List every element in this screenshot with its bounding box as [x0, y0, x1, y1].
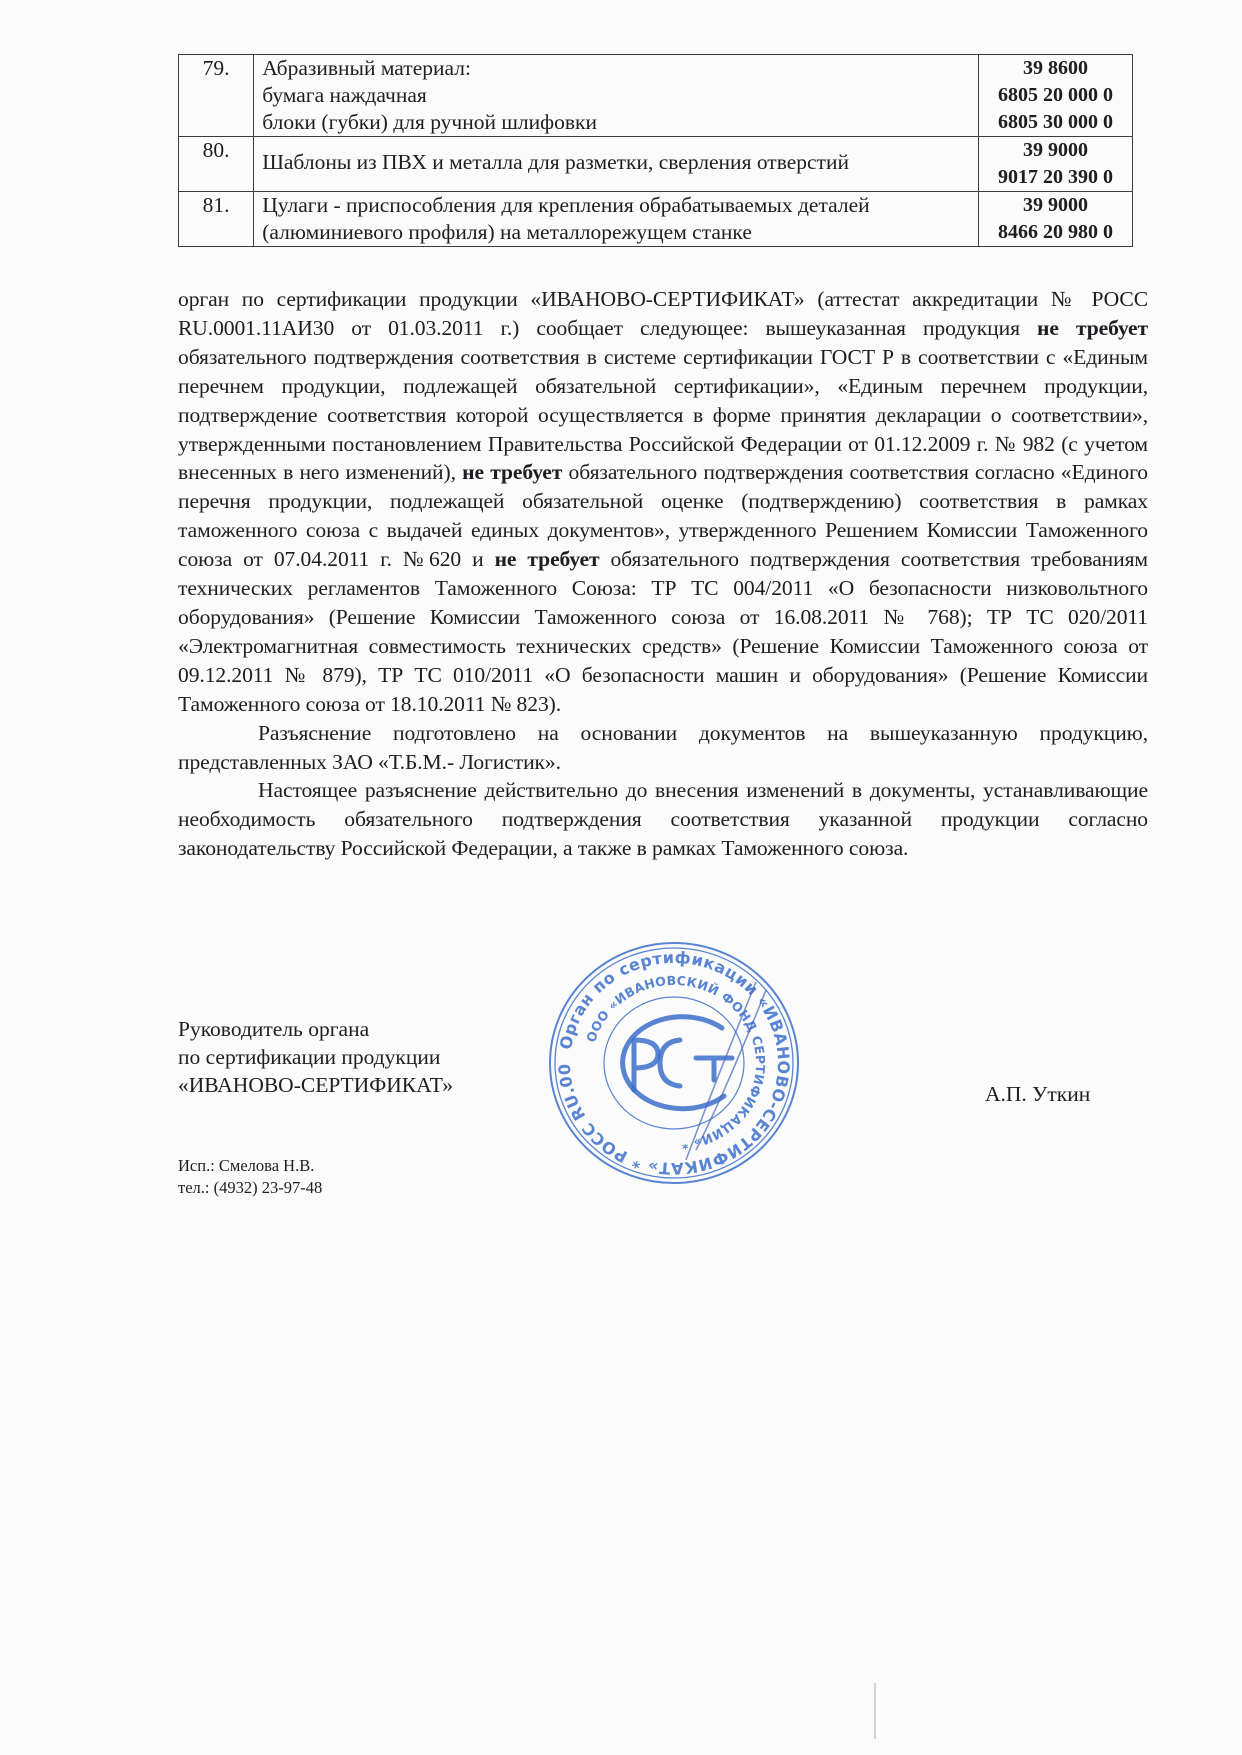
paragraph-validity: Настоящее разъяснение действительно до в… [178, 776, 1148, 863]
text-run: орган по сертификации продукции «ИВАНОВО… [178, 287, 1148, 340]
table-row: 81. Цулаги - приспособления для креплени… [179, 192, 1133, 247]
paragraph-basis: Разъяснение подготовлено на основании до… [178, 719, 1148, 777]
signatory-title-line: Руководитель органа [178, 1015, 453, 1043]
emphasis-not-required: не требует [495, 547, 600, 571]
code-line: 39 9000 [979, 137, 1132, 164]
description-line: (алюминиевого профиля) на металлорежущем… [262, 219, 978, 246]
row-description: Цулаги - приспособления для крепления об… [254, 192, 979, 247]
description-line: Шаблоны из ПВХ и металла для разметки, с… [262, 149, 978, 176]
table-row: 79. Абразивный материал: бумага наждачна… [179, 55, 1133, 137]
official-stamp: Орган по сертификации «ИВАНОВО-СЕРТИФИКА… [546, 940, 802, 1186]
table-row: 80. Шаблоны из ПВХ и металла для разметк… [179, 137, 1133, 192]
executor-phone: тел.: (4932) 23-97-48 [178, 1177, 322, 1199]
emphasis-not-required: не требует [462, 460, 562, 484]
description-line: бумага наждачная [262, 82, 978, 109]
document-page: 79. Абразивный материал: бумага наждачна… [0, 0, 1242, 1755]
executor-name: Исп.: Смелова Н.В. [178, 1155, 322, 1177]
signatory-name: А.П. Уткин [985, 1082, 1090, 1107]
row-description: Шаблоны из ПВХ и металла для разметки, с… [254, 137, 979, 192]
signatory-title: Руководитель органа по сертификации прод… [178, 1015, 453, 1099]
executor-info: Исп.: Смелова Н.В. тел.: (4932) 23-97-48 [178, 1155, 322, 1199]
body-text: орган по сертификации продукции «ИВАНОВО… [178, 285, 1148, 863]
code-line: 9017 20 390 0 [979, 164, 1132, 191]
emphasis-not-required: не требует [1037, 316, 1148, 340]
svg-text:ООО «ИВАНОВСКИЙ ФОНД СЕРТИФИКА: ООО «ИВАНОВСКИЙ ФОНД СЕРТИФИКАЦИИ» * [583, 973, 768, 1153]
signatory-title-line: по сертификации продукции [178, 1043, 453, 1071]
row-codes: 39 8600 6805 20 000 0 6805 30 000 0 [978, 55, 1132, 137]
row-number: 81. [179, 192, 254, 247]
scan-artifact-line [874, 1683, 876, 1739]
description-line: блоки (губки) для ручной шлифовки [262, 109, 978, 136]
description-line: Абразивный материал: [262, 55, 978, 82]
row-number: 80. [179, 137, 254, 192]
description-line: Цулаги - приспособления для крепления об… [262, 192, 978, 219]
row-codes: 39 9000 8466 20 980 0 [978, 192, 1132, 247]
code-line: 39 9000 [979, 192, 1132, 219]
code-line: 8466 20 980 0 [979, 219, 1132, 246]
row-codes: 39 9000 9017 20 390 0 [978, 137, 1132, 192]
text-run: обязательного подтверждения соответствия… [178, 547, 1148, 716]
signatory-title-line: «ИВАНОВО-СЕРТИФИКАТ» [178, 1071, 453, 1099]
code-line: 6805 30 000 0 [979, 109, 1132, 136]
row-description: Абразивный материал: бумага наждачная бл… [254, 55, 979, 137]
stamp-seal-icon: Орган по сертификации «ИВАНОВО-СЕРТИФИКА… [546, 940, 802, 1186]
paragraph-main: орган по сертификации продукции «ИВАНОВО… [178, 285, 1148, 719]
row-number: 79. [179, 55, 254, 137]
product-codes-table: 79. Абразивный материал: бумага наждачна… [178, 54, 1133, 247]
code-line: 39 8600 [979, 55, 1132, 82]
code-line: 6805 20 000 0 [979, 82, 1132, 109]
